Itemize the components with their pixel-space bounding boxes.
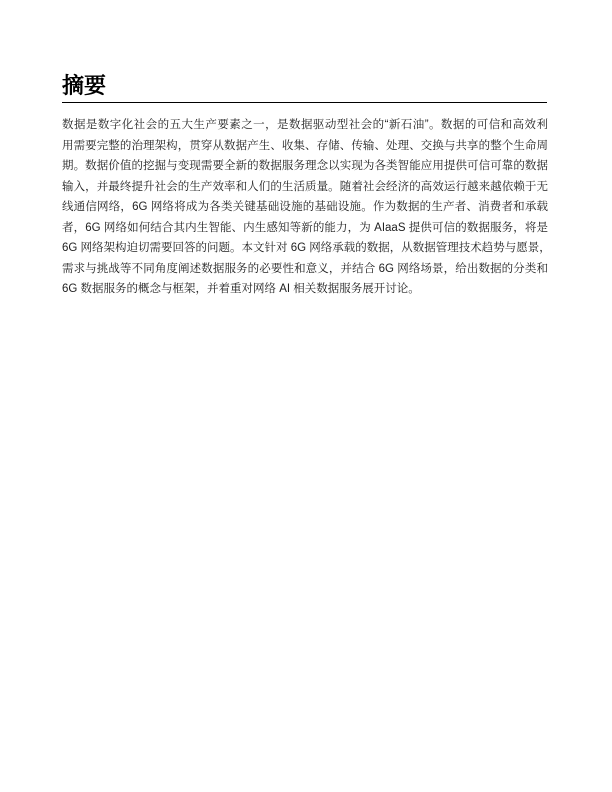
abstract-line-3: 期。数据价值的挖掘与变现需要全新的数据服务理念以实现为各类智能应用提供可信可靠的… xyxy=(62,156,548,177)
abstract-line-1: 数据是数字化社会的五大生产要素之一，是数据驱动型社会的“新石油”。数据的可信和高… xyxy=(62,115,548,136)
abstract-line-9: 6G 数据服务的概念与框架，并着重对网络 AI 相关数据服务展开讨论。 xyxy=(62,279,548,300)
title-rule-divider xyxy=(62,102,547,103)
abstract-line-5: 线通信网络，6G 网络将成为各类关键基础设施的基础设施。作为数据的生产者、消费者… xyxy=(62,197,548,218)
document-page: 摘要 数据是数字化社会的五大生产要素之一，是数据驱动型社会的“新石油”。数据的可… xyxy=(0,0,612,792)
abstract-line-6: 者，6G 网络如何结合其内生智能、内生感知等新的能力，为 AIaaS 提供可信的… xyxy=(62,218,548,239)
abstract-line-4: 输入，并最终提升社会的生产效率和人们的生活质量。随着社会经济的高效运行越来越依赖… xyxy=(62,177,548,198)
abstract-line-2: 用需要完整的治理架构，贯穿从数据产生、收集、存储、传输、处理、交换与共享的整个生… xyxy=(62,136,548,157)
abstract-line-7: 6G 网络架构迫切需要回答的问题。本文针对 6G 网络承载的数据，从数据管理技术… xyxy=(62,238,548,259)
abstract-paragraph: 数据是数字化社会的五大生产要素之一，是数据驱动型社会的“新石油”。数据的可信和高… xyxy=(62,115,548,300)
abstract-title: 摘要 xyxy=(62,74,106,98)
abstract-line-8: 需求与挑战等不同角度阐述数据服务的必要性和意义，并结合 6G 网络场景，给出数据… xyxy=(62,259,548,280)
